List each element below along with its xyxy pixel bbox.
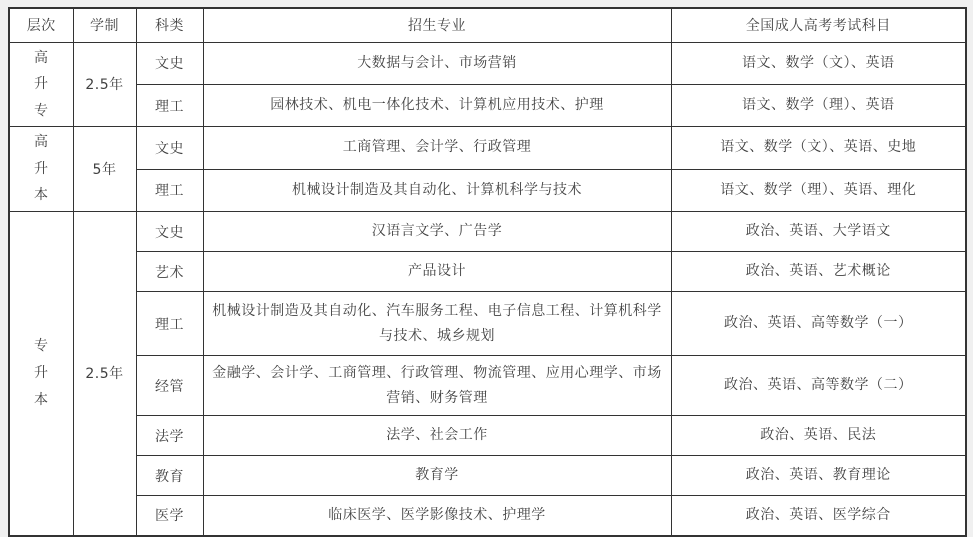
category-cell: 文史 xyxy=(136,42,203,84)
category-cell: 理工 xyxy=(136,84,203,126)
majors-cell: 机械设计制造及其自动化、汽车服务工程、电子信息工程、计算机科学与技术、城乡规划 xyxy=(203,292,671,356)
category-cell: 理工 xyxy=(136,169,203,211)
subjects-cell: 政治、英语、医学综合 xyxy=(671,496,966,532)
header-level: 层次 xyxy=(9,8,73,42)
admissions-table-container: 层次 学制 科类 招生专业 全国成人高考考试科目 高升专 2.5年 文史 大数据… xyxy=(8,7,967,532)
subjects-cell: 政治、英语、教育理论 xyxy=(671,456,966,496)
table-row: 法学 法学、社会工作 政治、英语、民法 xyxy=(9,416,966,456)
duration-cell: 2.5年 xyxy=(73,42,136,127)
header-category: 科类 xyxy=(136,8,203,42)
category-cell: 医学 xyxy=(136,496,203,532)
table-row: 专升本 2.5年 文史 汉语言文学、广告学 政治、英语、大学语文 xyxy=(9,212,966,252)
header-subjects: 全国成人高考考试科目 xyxy=(671,8,966,42)
table-row: 艺术 产品设计 政治、英语、艺术概论 xyxy=(9,252,966,292)
subjects-cell: 政治、英语、高等数学（一） xyxy=(671,292,966,356)
category-cell: 文史 xyxy=(136,127,203,169)
majors-cell: 园林技术、机电一体化技术、计算机应用技术、护理 xyxy=(203,84,671,126)
level-cell: 高升专 xyxy=(9,42,73,127)
category-cell: 法学 xyxy=(136,416,203,456)
category-cell: 经管 xyxy=(136,356,203,416)
table-row: 理工 机械设计制造及其自动化、汽车服务工程、电子信息工程、计算机科学与技术、城乡… xyxy=(9,292,966,356)
subjects-cell: 政治、英语、高等数学（二） xyxy=(671,356,966,416)
majors-cell: 工商管理、会计学、行政管理 xyxy=(203,127,671,169)
majors-cell: 法学、社会工作 xyxy=(203,416,671,456)
subjects-cell: 语文、数学（理）、英语 xyxy=(671,84,966,126)
level-label: 专升本 xyxy=(34,333,49,413)
table-row: 高升专 2.5年 文史 大数据与会计、市场营销 语文、数学（文）、英语 xyxy=(9,42,966,84)
majors-cell: 金融学、会计学、工商管理、行政管理、物流管理、应用心理学、市场营销、财务管理 xyxy=(203,356,671,416)
level-cell: 专升本 xyxy=(9,212,73,532)
category-cell: 理工 xyxy=(136,292,203,356)
majors-cell: 产品设计 xyxy=(203,252,671,292)
table-row: 理工 园林技术、机电一体化技术、计算机应用技术、护理 语文、数学（理）、英语 xyxy=(9,84,966,126)
table-row: 教育 教育学 政治、英语、教育理论 xyxy=(9,456,966,496)
level-label: 高升专 xyxy=(34,45,49,125)
majors-cell: 教育学 xyxy=(203,456,671,496)
table-row: 理工 机械设计制造及其自动化、计算机科学与技术 语文、数学（理）、英语、理化 xyxy=(9,169,966,211)
level-cell: 高升本 xyxy=(9,127,73,212)
subjects-cell: 语文、数学（文）、英语 xyxy=(671,42,966,84)
category-cell: 教育 xyxy=(136,456,203,496)
header-duration: 学制 xyxy=(73,8,136,42)
table-row: 经管 金融学、会计学、工商管理、行政管理、物流管理、应用心理学、市场营销、财务管… xyxy=(9,356,966,416)
majors-cell: 汉语言文学、广告学 xyxy=(203,212,671,252)
duration-cell: 5年 xyxy=(73,127,136,212)
majors-cell: 机械设计制造及其自动化、计算机科学与技术 xyxy=(203,169,671,211)
subjects-cell: 政治、英语、民法 xyxy=(671,416,966,456)
majors-cell: 大数据与会计、市场营销 xyxy=(203,42,671,84)
majors-cell: 临床医学、医学影像技术、护理学 xyxy=(203,496,671,532)
table-row: 高升本 5年 文史 工商管理、会计学、行政管理 语文、数学（文）、英语、史地 xyxy=(9,127,966,169)
table-row: 医学 临床医学、医学影像技术、护理学 政治、英语、医学综合 xyxy=(9,496,966,532)
subjects-cell: 语文、数学（文）、英语、史地 xyxy=(671,127,966,169)
category-cell: 艺术 xyxy=(136,252,203,292)
subjects-cell: 政治、英语、大学语文 xyxy=(671,212,966,252)
header-majors: 招生专业 xyxy=(203,8,671,42)
duration-cell: 2.5年 xyxy=(73,212,136,532)
header-row: 层次 学制 科类 招生专业 全国成人高考考试科目 xyxy=(9,8,966,42)
subjects-cell: 语文、数学（理）、英语、理化 xyxy=(671,169,966,211)
level-label: 高升本 xyxy=(34,129,49,209)
admissions-table: 层次 学制 科类 招生专业 全国成人高考考试科目 高升专 2.5年 文史 大数据… xyxy=(8,7,967,532)
subjects-cell: 政治、英语、艺术概论 xyxy=(671,252,966,292)
category-cell: 文史 xyxy=(136,212,203,252)
